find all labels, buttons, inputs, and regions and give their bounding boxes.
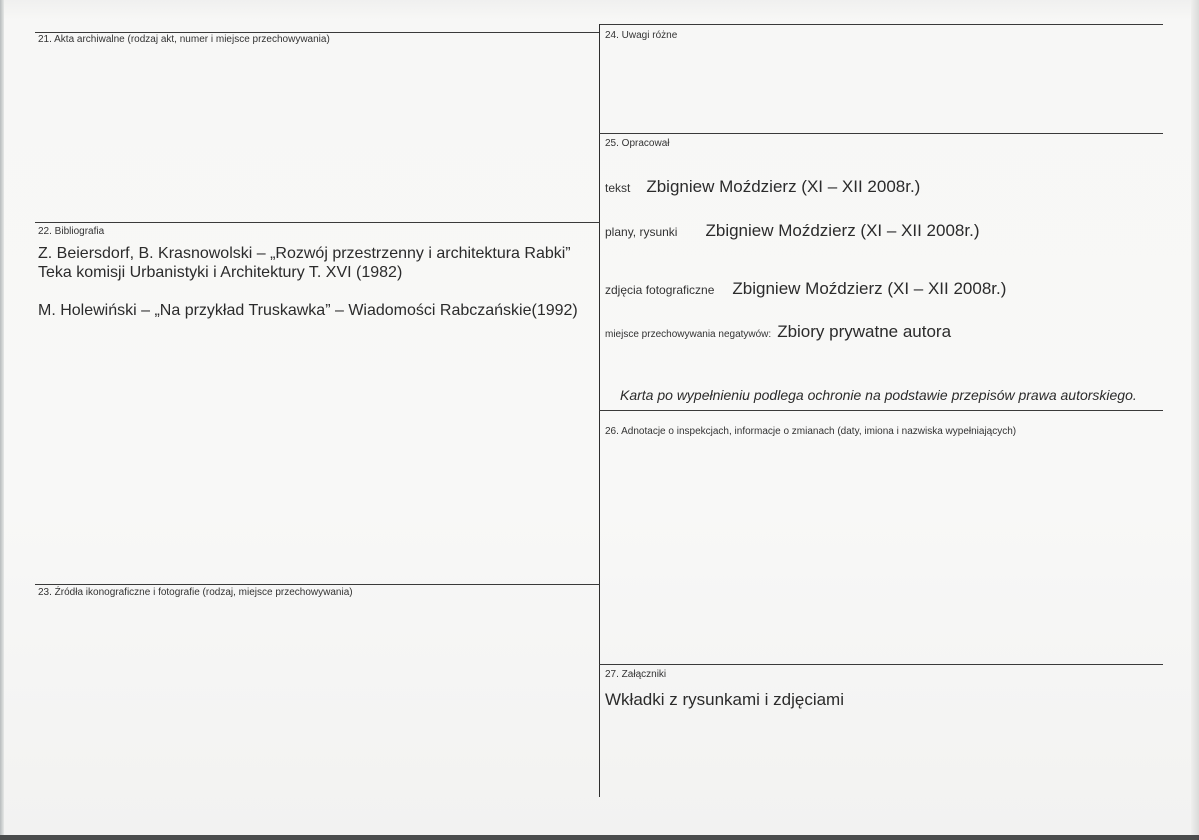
prepared-by-row-text: tekst Zbigniew Moździerz (XI – XII 2008r… (605, 177, 920, 197)
section-22-label: 22. Bibliografia (38, 226, 104, 237)
field-value-negatives: Zbiory prywatne autora (777, 322, 951, 342)
section-24-label: 24. Uwagi różne (605, 30, 677, 41)
section-27-label: 27. Załączniki (605, 669, 666, 680)
attachments-value: Wkładki z rysunkami i zdjęciami (605, 690, 844, 710)
rule-section-25 (599, 133, 1163, 134)
scan-left-edge (0, 0, 4, 840)
prepared-by-row-negatives: miejsce przechowywania negatywów: Zbiory… (605, 322, 951, 342)
scanned-form-page: 21. Akta archiwalne (rodzaj akt, numer i… (0, 0, 1199, 840)
rule-section-23 (35, 584, 600, 585)
rule-section-22 (35, 222, 600, 223)
rule-top-left (35, 32, 600, 33)
field-label-text: tekst (605, 181, 630, 195)
bibliography-entry-1-line-1: Z. Beiersdorf, B. Krasnowolski – „Rozwój… (38, 245, 571, 263)
field-value-text: Zbigniew Moździerz (XI – XII 2008r.) (646, 177, 920, 197)
field-label-negatives: miejsce przechowywania negatywów: (605, 329, 771, 340)
scan-bottom-edge (0, 835, 1199, 840)
field-label-plans: plany, rysunki (605, 225, 677, 239)
section-23-label: 23. Źródła ikonograficzne i fotografie (… (38, 587, 353, 598)
field-label-photos: zdjęcia fotograficzne (605, 283, 714, 297)
bibliography-entry-2: M. Holewiński – „Na przykład Truskawka” … (38, 302, 578, 320)
rule-section-26 (599, 410, 1163, 411)
prepared-by-row-photos: zdjęcia fotograficzne Zbigniew Moździerz… (605, 279, 1006, 299)
rule-section-27 (599, 664, 1163, 665)
section-26-label: 26. Adnotacje o inspekcjach, informacje … (605, 426, 1016, 437)
field-value-photos: Zbigniew Moździerz (XI – XII 2008r.) (732, 279, 1006, 299)
section-25-label: 25. Opracował (605, 138, 669, 149)
field-value-plans: Zbigniew Moździerz (XI – XII 2008r.) (705, 221, 979, 241)
bibliography-entry-1-line-2: Teka komisji Urbanistyki i Architektury … (38, 264, 402, 282)
copyright-note: Karta po wypełnieniu podlega ochronie na… (620, 387, 1137, 403)
rule-top-right (599, 24, 1163, 25)
section-21-label: 21. Akta archiwalne (rodzaj akt, numer i… (38, 34, 330, 45)
scan-right-edge (1191, 0, 1199, 840)
prepared-by-row-plans: plany, rysunki Zbigniew Moździerz (XI – … (605, 221, 980, 241)
